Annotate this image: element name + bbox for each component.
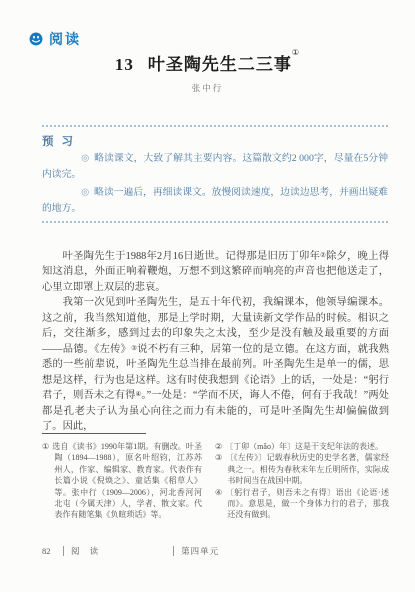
footnote-marker: ④	[215, 488, 223, 497]
footnotes: ①选自《读书》1990年第1期。有删改。叶圣陶（1894—1988），原名叶绍钧…	[42, 441, 389, 521]
section-label: 阅读	[49, 29, 81, 49]
author-name: 张中行	[0, 82, 415, 94]
footer-divider	[173, 546, 174, 556]
body-paragraph: 我第一次见到叶圣陶先生，是五十年代初，我编课本，他领导编课本。这之前，我当然知道…	[42, 295, 389, 434]
lesson-title: 13叶圣陶先生二三事①	[0, 50, 415, 75]
lesson-title-text: 叶圣陶先生二三事	[148, 55, 292, 74]
lesson-number: 13	[115, 55, 134, 74]
footnote-ref: ④	[135, 391, 141, 398]
footnote-marker: ③	[215, 453, 222, 462]
title-note-ref: ①	[292, 48, 300, 57]
footnote-marker: ①	[42, 442, 49, 451]
footnote-ref: ②	[320, 252, 326, 259]
footnotes-left-column: ①选自《读书》1990年第1期。有删改。叶圣陶（1894—1988），原名叶绍钧…	[42, 441, 202, 521]
footnotes-right-column: ②〔丁卯（mǎo）年〕这是干支纪年法的表述。③〔《左传》〕记载春秋历史的史学名著…	[215, 441, 389, 521]
footnote-marker: ②	[215, 442, 222, 451]
footnote-item: ②〔丁卯（mǎo）年〕这是干支纪年法的表述。	[215, 441, 389, 452]
preview-item: ◎略读一遍后，再细读课文。放慢阅读速度，边读边思考，并画出疑难的地方。	[42, 184, 388, 218]
page-number: 82	[42, 546, 56, 556]
reading-smiley-icon	[29, 32, 43, 46]
double-circle-bullet-icon: ◎	[62, 183, 89, 199]
preview-item: ◎略读课文，大致了解其主要内容。这篇散文约2 000字，尽量在5分钟内读完。	[42, 150, 388, 184]
footnote-item: ①选自《读书》1990年第1期。有删改。叶圣陶（1894—1988），原名叶绍钧…	[42, 441, 202, 521]
body-text: 叶圣陶先生于1988年2月16日逝世。记得那是旧历丁卯年②除夕，晚上得知这消息，…	[42, 249, 389, 434]
footnote-ref: ③	[131, 345, 137, 352]
footnote-item: ③〔《左传》〕记载春秋历史的史学名著，儒家经典之一。相传为春秋末年左丘明所作，实…	[215, 452, 389, 486]
section-badge: 阅读	[29, 29, 81, 49]
preview-list: ◎略读课文，大致了解其主要内容。这篇散文约2 000字，尽量在5分钟内读完。◎略…	[42, 150, 388, 217]
footer-divider	[63, 546, 64, 556]
page-footer: 82 阅 读 第四单元	[42, 545, 219, 557]
footer-unit-label: 第四单元	[181, 545, 219, 557]
textbook-page: 阅读 13叶圣陶先生二三事① 张中行 预习 ◎略读课文，大致了解其主要内容。这篇…	[0, 0, 415, 592]
footnote-separator-line	[42, 433, 146, 434]
dotted-divider-bottom	[42, 221, 388, 223]
footnote-item: ④〔躬行君子，则吾未之有得〕语出《论语·述而》。意思是，做一个身体力行的君子，那…	[215, 487, 389, 521]
double-circle-bullet-icon: ◎	[62, 150, 89, 166]
body-paragraph: 叶圣陶先生于1988年2月16日逝世。记得那是旧历丁卯年②除夕，晚上得知这消息，…	[42, 249, 389, 295]
footer-section-label: 阅 读	[71, 545, 102, 557]
preview-heading: 预习	[42, 133, 81, 149]
dotted-divider-top	[42, 125, 388, 127]
